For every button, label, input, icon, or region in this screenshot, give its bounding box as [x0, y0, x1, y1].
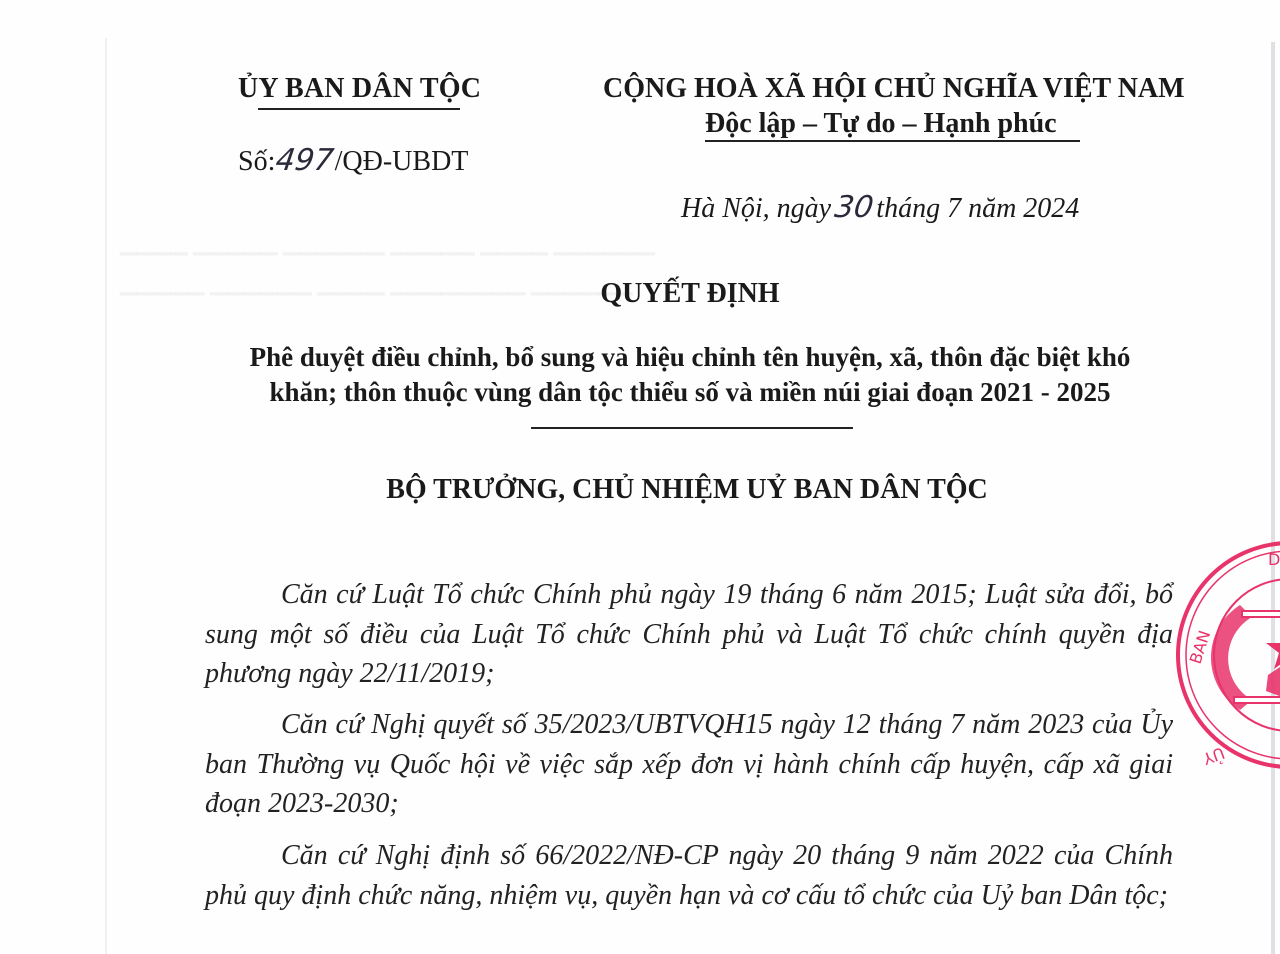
agency-underline	[258, 108, 460, 110]
legal-basis-paragraph: Căn cứ Luật Tổ chức Chính phủ ngày 19 th…	[205, 575, 1173, 694]
subject-divider	[531, 427, 853, 429]
national-title: CỘNG HOÀ XÃ HỘI CHỦ NGHĨA VIỆT NAM	[603, 73, 1185, 105]
date-suffix: tháng 7 năm 2024	[876, 193, 1079, 225]
issuing-agency: ỦY BAN DÂN TỘC	[238, 73, 481, 105]
document-number: Số: 497 /QĐ-UBDT	[238, 143, 468, 178]
motto-underline	[705, 140, 1080, 142]
seal-text-top: D	[1268, 550, 1280, 569]
place-and-date: Hà Nội, ngày 30 tháng 7 năm 2024	[681, 190, 1079, 225]
subject-line-1: Phê duyệt điều chỉnh, bổ sung và hiệu ch…	[200, 340, 1180, 375]
seal-text-left: BAN	[1186, 628, 1215, 666]
official-seal-icon: D BAN ỦY	[1170, 535, 1280, 775]
document-number-suffix: /QĐ-UBDT	[335, 146, 469, 178]
decision-title: QUYẾT ĐỊNH	[0, 278, 1280, 310]
decision-subject: Phê duyệt điều chỉnh, bổ sung và hiệu ch…	[200, 340, 1180, 410]
legal-basis-paragraph: Căn cứ Nghị quyết số 35/2023/UBTVQH15 ng…	[205, 705, 1173, 824]
bleed-through-text: ▁▁▁▁ ▁▁▁▁▁ ▁▁▁▁▁▁ ▁▁▁▁▁ ▁▁▁▁ ▁▁▁▁▁▁	[120, 230, 655, 256]
date-prefix: Hà Nội, ngày	[681, 193, 831, 225]
issuing-authority: BỘ TRƯỞNG, CHỦ NHIỆM UỶ BAN DÂN TỘC	[0, 474, 1280, 506]
national-motto: Độc lập – Tự do – Hạnh phúc	[705, 108, 1057, 140]
date-day-handwritten: 30	[833, 190, 876, 225]
document-number-prefix: Số:	[238, 146, 275, 178]
document-number-handwritten: 497	[274, 143, 336, 178]
document-page: ▁▁▁▁ ▁▁▁▁▁ ▁▁▁▁▁▁ ▁▁▁▁▁ ▁▁▁▁ ▁▁▁▁▁▁ ▁▁▁▁…	[0, 0, 1280, 954]
subject-line-2: khăn; thôn thuộc vùng dân tộc thiểu số v…	[200, 375, 1180, 410]
legal-basis-paragraph: Căn cứ Nghị định số 66/2022/NĐ-CP ngày 2…	[205, 836, 1173, 915]
